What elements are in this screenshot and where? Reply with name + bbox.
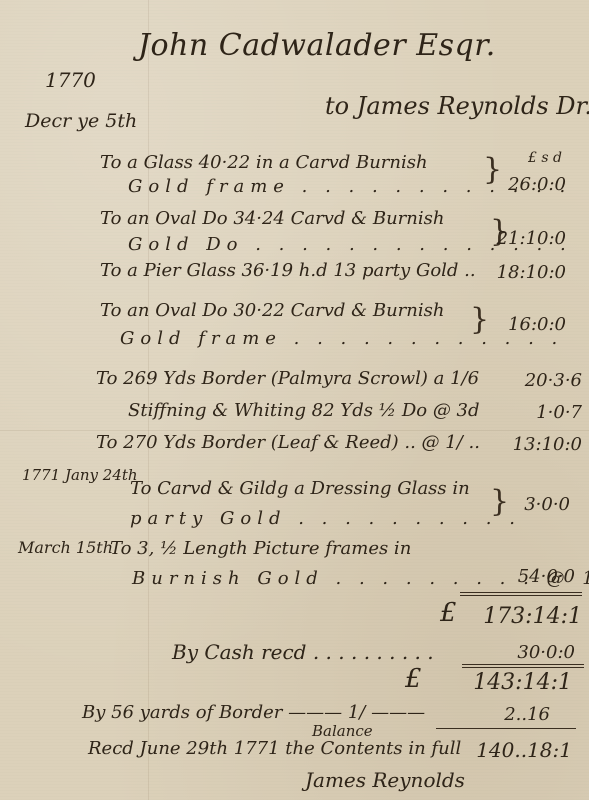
creditor-name: to James Reynolds Dr.: [325, 92, 589, 120]
line-item-2-amount: 21:10:0: [446, 228, 566, 249]
line-item-9-date: March 15th: [18, 538, 113, 557]
line-item-8-amount: 3·0·0: [450, 494, 570, 515]
currency-header: £ s d: [528, 150, 562, 166]
line-item-8-text: To Carvd & Gildg a Dressing Glass in: [130, 478, 470, 499]
border-credit-label: By 56 yards of Border ——— 1/ ———: [82, 702, 425, 723]
total-rule: [462, 664, 584, 665]
line-item-4-amount: 16:0:0: [446, 314, 566, 335]
line-item-1-text: To a Glass 40·22 in a Carvd Burnish: [100, 152, 428, 173]
total-rule: [462, 667, 584, 668]
line-item-6-amount: 1·0·7: [462, 402, 582, 423]
total-rule: [460, 592, 582, 593]
line-item-6-text: Stiffning & Whiting 82 Yds ½ Do @ 3d: [128, 400, 480, 421]
line-item-3-amount: 18:10:0: [446, 262, 566, 283]
line-item-7-amount: 13:10:0: [462, 434, 582, 455]
receipt-amount: 140..18:1: [452, 738, 572, 762]
line-item-5-text: To 269 Yds Border (Palmyra Scrowl) a 1/6: [96, 368, 479, 389]
balance-rule: [436, 728, 576, 729]
line-item-1-amount: 26:0:0: [446, 174, 566, 195]
border-credit-amount: 2..16: [430, 704, 550, 725]
total-rule: [460, 595, 582, 596]
signature: James Reynolds: [305, 768, 465, 792]
line-item-3-text: To a Pier Glass 36·19 h.d 13 party Gold …: [100, 260, 476, 281]
debtor-name: John Cadwalader Esqr.: [138, 28, 496, 63]
subtotal-amount: 173:14:1: [462, 604, 582, 629]
invoice-date: Decr ye 5th: [25, 110, 137, 132]
paper-fold-horizontal: [0, 430, 589, 431]
receipt-text: Recd June 29th 1771 the Contents in full: [88, 738, 461, 759]
line-item-9-amount: 54·0·0: [455, 566, 575, 587]
line-item-4-text: To an Oval Do 30·22 Carvd & Burnish: [100, 300, 444, 321]
cash-credit-label: By Cash recd . . . . . . . . . .: [172, 640, 434, 664]
line-item-7-text: To 270 Yds Border (Leaf & Reed) .. @ 1/ …: [96, 432, 480, 453]
invoice-year: 1770: [45, 68, 96, 92]
line-item-9-text: To 3, ½ Length Picture frames in: [110, 538, 411, 559]
line-item-5-amount: 20·3·6: [462, 370, 582, 391]
subtotal-pound-sign: £: [440, 598, 457, 628]
net-amount: 143:14:1: [452, 670, 572, 695]
invoice-document: John Cadwalader Esqr. 1770 Decr ye 5th t…: [0, 0, 589, 800]
cash-credit-amount: 30·0:0: [455, 642, 575, 663]
line-item-2-text: To an Oval Do 34·24 Carvd & Burnish: [100, 208, 444, 229]
net-pound-sign: £: [405, 664, 422, 694]
line-item-8-date: 1771 Jany 24th: [22, 466, 138, 484]
